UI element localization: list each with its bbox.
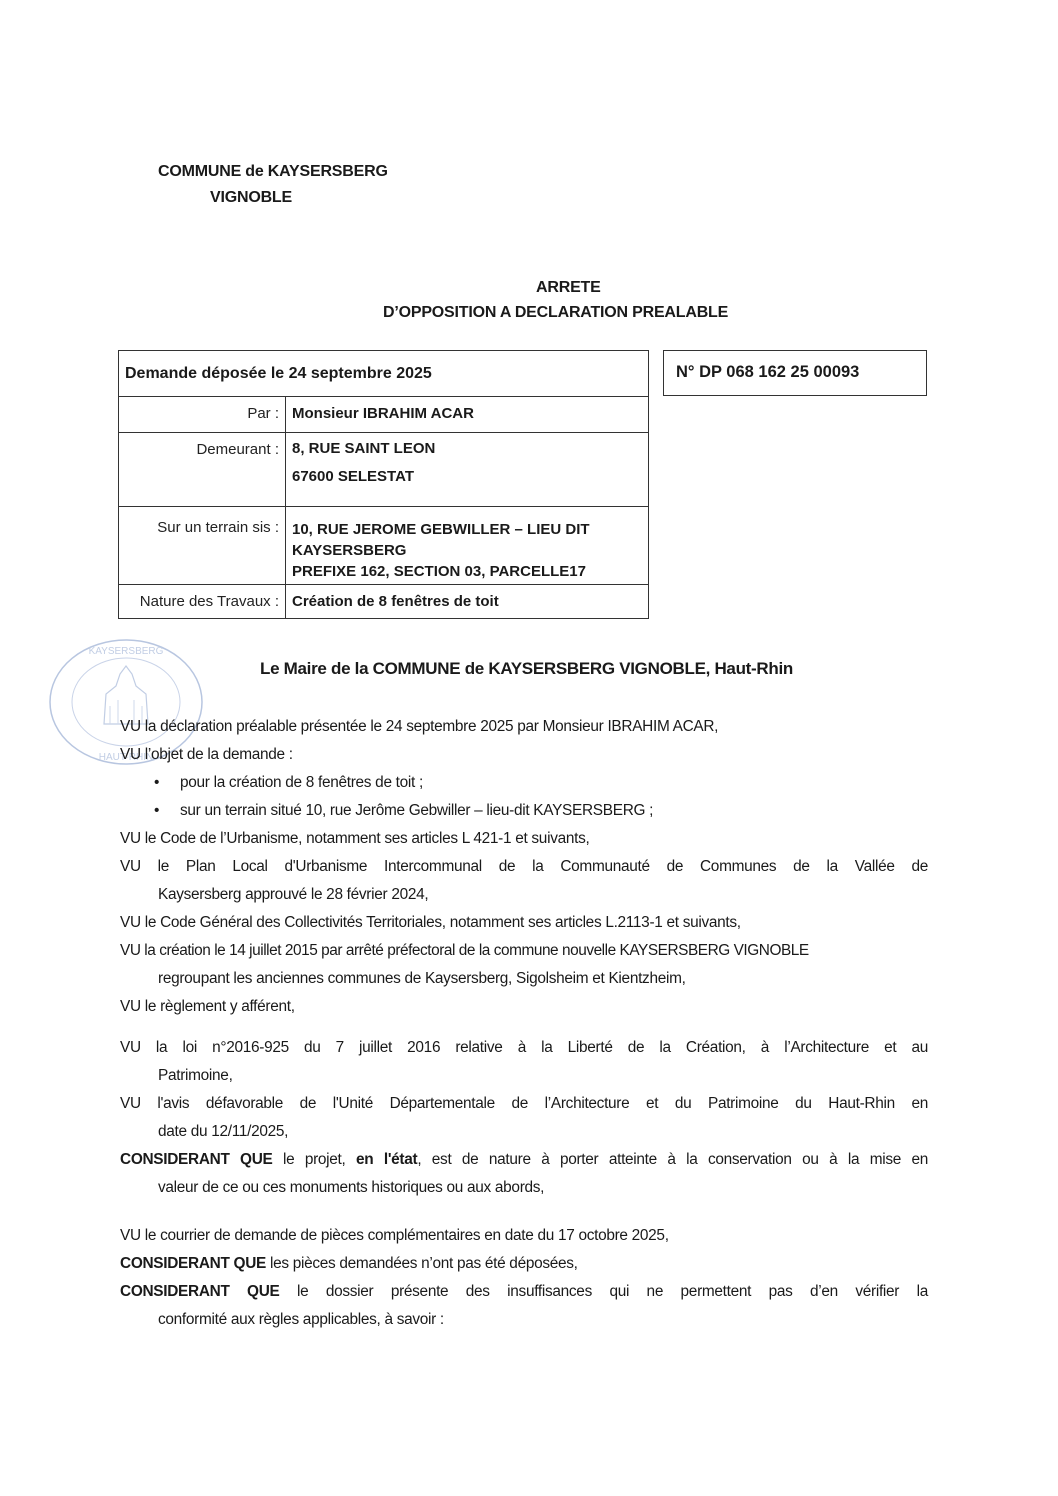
vu-plu: VU le Plan Local d'Urbanisme Intercommun… xyxy=(120,853,928,881)
address-line: 67600 SELESTAT xyxy=(292,469,642,485)
label-land: Sur un terrain sis : xyxy=(119,507,286,585)
vu-code-urbanisme: VU le Code de l’Urbanisme, notamment ses… xyxy=(120,825,928,853)
vu-loi: VU la loi n°2016-925 du 7 juillet 2016 r… xyxy=(120,1034,928,1062)
vu-avis: VU l'avis défavorable de l'Unité Départe… xyxy=(120,1090,928,1118)
vu-avis-cont: date du 12/11/2025, xyxy=(120,1118,928,1146)
land-line: PREFIXE 162, SECTION 03, PARCELLE17 xyxy=(292,561,642,582)
bullet-item: •pour la création de 8 fenêtres de toit … xyxy=(120,769,928,797)
vu-courrier: VU le courrier de demande de pièces comp… xyxy=(120,1222,928,1250)
bullet-text: pour la création de 8 fenêtres de toit ; xyxy=(180,774,423,791)
request-details-table: Demande déposée le 24 septembre 2025 Par… xyxy=(118,350,649,619)
considerant-keyword: CONSIDERANT QUE xyxy=(120,1255,266,1272)
considerations-block-3: VU le courrier de demande de pièces comp… xyxy=(120,1222,928,1334)
vu-plu-cont: Kaysersberg approuvé le 28 février 2024, xyxy=(120,881,928,909)
table-row: Par : Monsieur IBRAHIM ACAR xyxy=(119,397,649,433)
table-row: Nature des Travaux : Création de 8 fenêt… xyxy=(119,585,649,619)
works-nature: Création de 8 fenêtres de toit xyxy=(286,585,649,619)
mayor-heading: Le Maire de la COMMUNE de KAYSERSBERG VI… xyxy=(260,659,793,679)
document-subtitle: D’OPPOSITION A DECLARATION PREALABLE xyxy=(383,304,728,322)
bullet-text: sur un terrain situé 10, rue Jerôme Gebw… xyxy=(180,802,653,819)
considerant-keyword: CONSIDERANT QUE xyxy=(120,1151,273,1168)
considerant-text: les pièces demandées n’ont pas été dépos… xyxy=(266,1255,578,1272)
svg-text:KAYSERSBERG: KAYSERSBERG xyxy=(89,646,164,657)
vu-object: VU l’objet de la demande : xyxy=(120,741,928,769)
bullet-icon: • xyxy=(154,769,172,797)
deposit-date: Demande déposée le 24 septembre 2025 xyxy=(119,351,649,397)
considerant-projet-cont: valeur de ce ou ces monuments historique… xyxy=(120,1174,928,1202)
bullet-icon: • xyxy=(154,797,172,825)
address-line: 8, RUE SAINT LEON xyxy=(292,441,642,457)
label-works: Nature des Travaux : xyxy=(119,585,286,619)
considerant-text: , est de nature à porter atteinte à la c… xyxy=(417,1151,928,1168)
land-address: 10, RUE JEROME GEBWILLER – LIEU DIT KAYS… xyxy=(286,507,649,585)
considerant-text: le projet, xyxy=(273,1151,357,1168)
considerant-text: le dossier présente des insuffisances qu… xyxy=(280,1283,929,1300)
vu-creation-cont: regroupant les anciennes communes de Kay… xyxy=(120,965,928,993)
document-title: ARRETE xyxy=(536,279,601,297)
table-row: Sur un terrain sis : 10, RUE JEROME GEBW… xyxy=(119,507,649,585)
vu-creation: VU la création le 14 juillet 2015 par ar… xyxy=(120,937,928,965)
commune-name: COMMUNE de KAYSERSBERG xyxy=(158,163,388,181)
vu-reglement: VU le règlement y afférent, xyxy=(120,993,928,1021)
considerant-dossier: CONSIDERANT QUE le dossier présente des … xyxy=(120,1278,928,1306)
applicant-name: Monsieur IBRAHIM ACAR xyxy=(286,397,649,433)
table-row: Demeurant : 8, RUE SAINT LEON 67600 SELE… xyxy=(119,433,649,507)
considerations-block-1: VU la déclaration préalable présentée le… xyxy=(120,713,928,1021)
considerant-keyword: CONSIDERANT QUE xyxy=(120,1283,280,1300)
dossier-number: N° DP 068 162 25 00093 xyxy=(663,350,927,396)
considerant-pieces: CONSIDERANT QUE les pièces demandées n’o… xyxy=(120,1250,928,1278)
label-residence: Demeurant : xyxy=(119,433,286,507)
label-by: Par : xyxy=(119,397,286,433)
vu-cgct: VU le Code Général des Collectivités Ter… xyxy=(120,909,928,937)
vu-declaration: VU la déclaration préalable présentée le… xyxy=(120,713,928,741)
considerations-block-2: VU la loi n°2016-925 du 7 juillet 2016 r… xyxy=(120,1034,928,1202)
considerant-dossier-cont: conformité aux règles applicables, à sav… xyxy=(120,1306,928,1334)
considerant-emphasis: en l'état xyxy=(356,1151,417,1168)
commune-name-line2: VIGNOBLE xyxy=(210,189,292,207)
considerant-projet: CONSIDERANT QUE le projet, en l'état, es… xyxy=(120,1146,928,1174)
vu-loi-cont: Patrimoine, xyxy=(120,1062,928,1090)
land-line: KAYSERSBERG xyxy=(292,540,642,561)
applicant-address: 8, RUE SAINT LEON 67600 SELESTAT xyxy=(286,433,649,507)
land-line: 10, RUE JEROME GEBWILLER – LIEU DIT xyxy=(292,519,642,540)
bullet-item: •sur un terrain situé 10, rue Jerôme Geb… xyxy=(120,797,928,825)
